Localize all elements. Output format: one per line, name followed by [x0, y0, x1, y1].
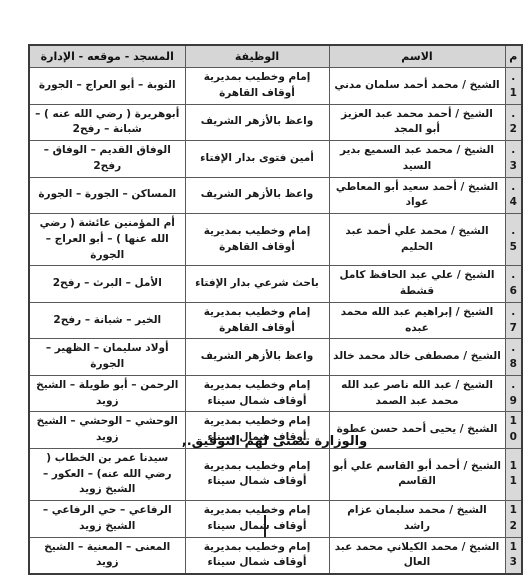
mosque-location-cell: الرحمن – أبو طويلة – الشيخ زويد — [29, 375, 185, 412]
table-row: .8 الشيخ / مصطفى خالد محمد خالد واعظ بال… — [29, 339, 522, 376]
row-number-cell: 11 — [505, 448, 522, 500]
mosque-location-cell: سيدنا عمر بن الخطاب ( رضي الله عنه) – ال… — [29, 448, 185, 500]
header-name: الاسم — [329, 45, 505, 68]
sheikh-name-cell: الشيخ / محمد علي أحمد عبد الحليم — [329, 214, 505, 266]
job-title-cell: واعظ بالأزهر الشريف — [185, 104, 329, 141]
mosque-location-cell: الرفاعي – حي الرفاعي – الشيخ زويد — [29, 501, 185, 538]
row-number-cell: .7 — [505, 302, 522, 339]
document-page: م الاسم الوظيفة المسجد - موقعه - الإدارة… — [0, 0, 526, 584]
header-mosque: المسجد - موقعه - الإدارة — [29, 45, 185, 68]
text-caret — [264, 515, 266, 537]
row-number-cell: .4 — [505, 177, 522, 214]
mosque-location-cell: التوبة – أبو العراج – الجورة — [29, 68, 185, 105]
sheikh-name-cell: الشيخ / أحمد سعيد أبو المعاطي عواد — [329, 177, 505, 214]
table-row: .6 الشيخ / علي عبد الحافظ كامل قشطة باحث… — [29, 266, 522, 303]
mosque-location-cell: الوفاق القديم – الوفاق – رفح2 — [29, 141, 185, 178]
row-number-cell: .9 — [505, 375, 522, 412]
row-number-cell: .5 — [505, 214, 522, 266]
header-number: م — [505, 45, 522, 68]
table-row: 13 الشيخ / محمد الكيلاني محمد عبد العال … — [29, 537, 522, 574]
sheikh-name-cell: الشيخ / علي عبد الحافظ كامل قشطة — [329, 266, 505, 303]
mosque-location-cell: المساكن – الجورة – الجورة — [29, 177, 185, 214]
table-row: .9 الشيخ / عبد الله ناصر عبد الله محمد ع… — [29, 375, 522, 412]
table-row: 12 الشيخ / محمد سليمان عزام راشد إمام وخ… — [29, 501, 522, 538]
mosque-location-cell: أم المؤمنين عائشة ( رضي الله عنها ) – أب… — [29, 214, 185, 266]
sheikh-name-cell: الشيخ / عبد الله ناصر عبد الله محمد عبد … — [329, 375, 505, 412]
table-body: .1 الشيخ / محمد أحمد سلمان مدني إمام وخط… — [29, 68, 522, 575]
job-title-cell: إمام وخطيب بمديرية أوقاف شمال سيناء — [185, 448, 329, 500]
header-row: م الاسم الوظيفة المسجد - موقعه - الإدارة — [29, 45, 522, 68]
job-title-cell: إمام وخطيب بمديرية أوقاف شمال سيناء — [185, 375, 329, 412]
row-number-cell: .6 — [505, 266, 522, 303]
mosque-location-cell: أبوهريرة ( رضي الله عنه ) – شبانة – رفح2 — [29, 104, 185, 141]
clergy-roster-table: م الاسم الوظيفة المسجد - موقعه - الإدارة… — [28, 44, 523, 575]
table-row: .4 الشيخ / أحمد سعيد أبو المعاطي عواد وا… — [29, 177, 522, 214]
sheikh-name-cell: الشيخ / إبراهيم عبد الله محمد عبده — [329, 302, 505, 339]
table-row: 11 الشيخ / أحمد أبو القاسم علي أبو القاس… — [29, 448, 522, 500]
row-number-cell: .2 — [505, 104, 522, 141]
table-header: م الاسم الوظيفة المسجد - موقعه - الإدارة — [29, 45, 522, 68]
job-title-cell: إمام وخطيب بمديرية أوقاف القاهرة — [185, 302, 329, 339]
job-title-cell: إمام وخطيب بمديرية أوقاف القاهرة — [185, 214, 329, 266]
job-title-cell: واعظ بالأزهر الشريف — [185, 177, 329, 214]
job-title-cell: إمام وخطيب بمديرية أوقاف شمال سيناء — [185, 501, 329, 538]
mosque-location-cell: المعنى – المعنية – الشيخ زويد — [29, 537, 185, 574]
mosque-location-cell: الخير – شبانة – رفح2 — [29, 302, 185, 339]
table-row: .1 الشيخ / محمد أحمد سلمان مدني إمام وخط… — [29, 68, 522, 105]
table-row: .3 الشيخ / محمد عبد السميع بدير السيد أم… — [29, 141, 522, 178]
job-title-cell: إمام وخطيب بمديرية أوقاف القاهرة — [185, 68, 329, 105]
row-number-cell: .1 — [505, 68, 522, 105]
sheikh-name-cell: الشيخ / محمد عبد السميع بدير السيد — [329, 141, 505, 178]
job-title-cell: أمين فتوى بدار الإفتاء — [185, 141, 329, 178]
sheikh-name-cell: الشيخ / محمد أحمد سلمان مدني — [329, 68, 505, 105]
row-number-cell: .3 — [505, 141, 522, 178]
row-number-cell: .8 — [505, 339, 522, 376]
table-row: .7 الشيخ / إبراهيم عبد الله محمد عبده إم… — [29, 302, 522, 339]
mosque-location-cell: أولاد سليمان – الظهير – الجورة — [29, 339, 185, 376]
sheikh-name-cell: الشيخ / مصطفى خالد محمد خالد — [329, 339, 505, 376]
row-number-cell: 13 — [505, 537, 522, 574]
row-number-cell: 12 — [505, 501, 522, 538]
sheikh-name-cell: الشيخ / أحمد أبو القاسم علي أبو القاسم — [329, 448, 505, 500]
job-title-cell: واعظ بالأزهر الشريف — [185, 339, 329, 376]
sheikh-name-cell: الشيخ / محمد الكيلاني محمد عبد العال — [329, 537, 505, 574]
header-job: الوظيفة — [185, 45, 329, 68]
sheikh-name-cell: الشيخ / محمد سليمان عزام راشد — [329, 501, 505, 538]
job-title-cell: باحث شرعي بدار الإفتاء — [185, 266, 329, 303]
job-title-cell: إمام وخطيب بمديرية أوقاف شمال سيناء — [185, 537, 329, 574]
sheikh-name-cell: الشيخ / أحمد محمد عبد العزيز أبو المجد — [329, 104, 505, 141]
table-row: .5 الشيخ / محمد علي أحمد عبد الحليم إمام… — [29, 214, 522, 266]
mosque-location-cell: الأمل – البرث – رفح2 — [29, 266, 185, 303]
closing-wishes-text: والوزارة تتمنى لهم التوفيق., — [28, 434, 521, 449]
table-row: .2 الشيخ / أحمد محمد عبد العزيز أبو المج… — [29, 104, 522, 141]
